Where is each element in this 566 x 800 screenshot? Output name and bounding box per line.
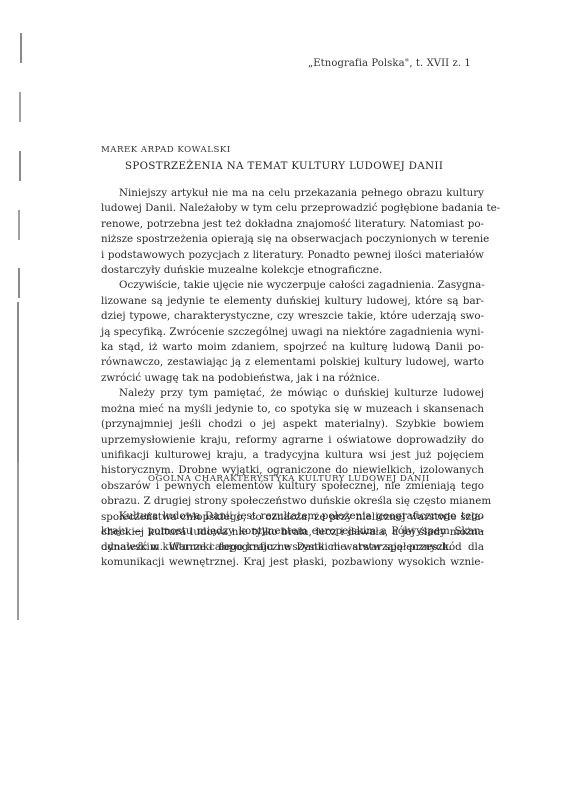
text-line: Należy przy tym pamiętać, że mówiąc o du… [101, 386, 484, 401]
text-line: Niniejszy artykuł nie ma na celu przekaz… [101, 186, 484, 201]
text-line: można mieć na myśli jedynie to, co spoty… [101, 402, 484, 417]
margin-mark [18, 210, 20, 240]
text-line: i podstawowych pozycjach z literatury. P… [101, 248, 484, 263]
article-title: SPOSTRZEŻENIA NA TEMAT KULTURY LUDOWEJ D… [125, 161, 443, 172]
margin-mark [20, 33, 22, 63]
margin-mark [19, 92, 21, 122]
paragraph: Oczywiście, takie ujęcie nie wyczerpuje … [101, 278, 484, 386]
text-line: dynawskim. Warunki topograficzne Danii n… [101, 540, 484, 555]
text-line: kraju — pomostu między kontynentem europ… [101, 524, 484, 539]
text-line: ją specyfiką. Zwrócenie szczególnej uwag… [101, 325, 484, 340]
text-line: renowe, potrzebna jest też dokładna znaj… [101, 217, 484, 232]
text-line: unifikacji kulturowej kraju, a tradycyjn… [101, 448, 484, 463]
text-line: niższe spostrzeżenia opierają się na obs… [101, 232, 484, 247]
text-line: (przynajmniej jeśli chodzi o jej aspekt … [101, 417, 484, 432]
section-heading: OGÓLNA CHARAKTERYSTYKA KULTURY LUDOWEJ D… [148, 474, 430, 484]
text-line: równawczo, zestawiając ją z elementami p… [101, 355, 484, 370]
article-body-section: Kultura ludowa Danii jest rezultatem poł… [101, 509, 484, 571]
text-line: zwrócić uwagę tak na podobieństwa, jak i… [101, 371, 484, 386]
paragraph: Niniejszy artykuł nie ma na celu przekaz… [101, 186, 484, 278]
text-line: ka stąd, iż warto moim zdaniem, spojrzeć… [101, 340, 484, 355]
margin-mark [19, 151, 21, 181]
text-line: uprzemysłowienie kraju, reformy agrarne … [101, 433, 484, 448]
margin-mark [17, 302, 19, 462]
margin-mark [17, 462, 19, 620]
journal-reference: „Etnografia Polska", t. XVII z. 1 [308, 58, 471, 69]
text-line: Oczywiście, takie ujęcie nie wyczerpuje … [101, 278, 484, 293]
article-body-intro: Niniejszy artykuł nie ma na celu przekaz… [101, 186, 484, 556]
text-line: komunikacji wewnętrznej. Kraj jest płask… [101, 555, 484, 570]
text-line: Kultura ludowa Danii jest rezultatem poł… [101, 509, 484, 524]
text-line: ludowej Danii. Należałoby w tym celu prz… [101, 201, 484, 216]
text-line: obrazu. Z drugiej strony społeczeństwo d… [101, 494, 484, 509]
text-line: dziej typowe, charakterystyczne, czy wre… [101, 309, 484, 324]
text-line: lizowane są jedynie te elementy duńskiej… [101, 294, 484, 309]
text-line: dostarczyły duńskie muzealne kolekcje et… [101, 263, 484, 278]
author-name: MAREK ARPAD KOWALSKI [101, 145, 231, 155]
margin-mark [18, 268, 20, 298]
paragraph: Kultura ludowa Danii jest rezultatem poł… [101, 509, 484, 571]
